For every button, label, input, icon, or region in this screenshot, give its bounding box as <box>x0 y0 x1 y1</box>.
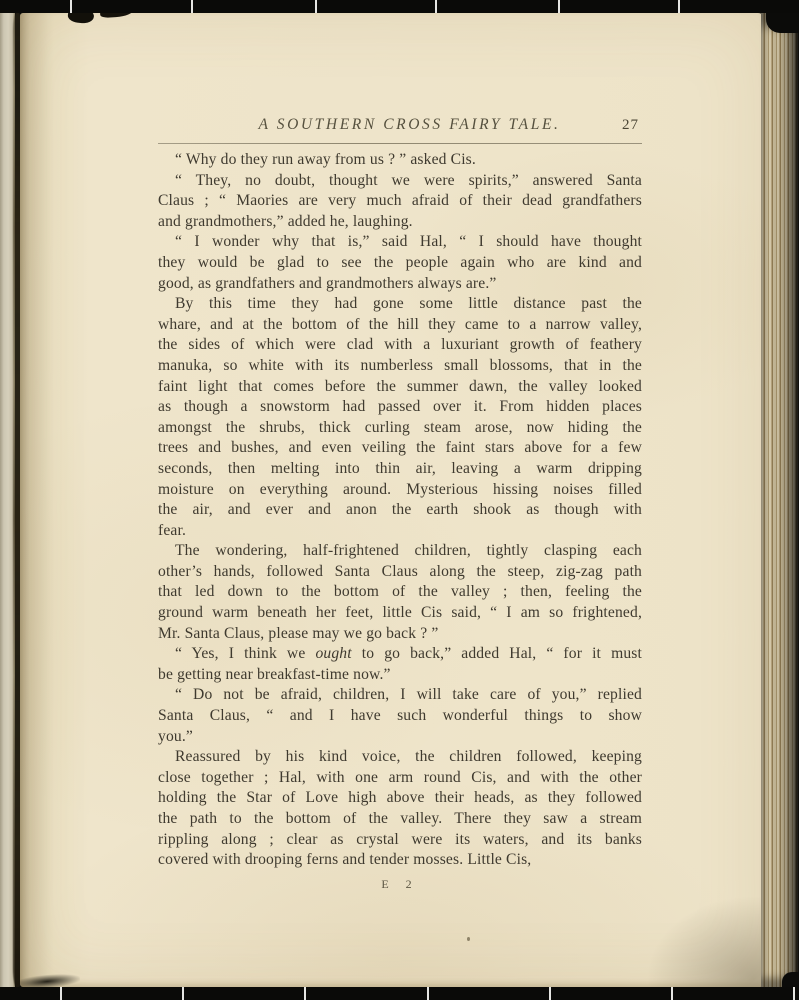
right-page-edges <box>761 13 799 988</box>
text-line: Mr. Santa Claus, please may we go back ?… <box>158 624 642 645</box>
ruler-tick <box>427 987 429 1000</box>
text-line: Santa Claus, “ and I have such wonderful… <box>158 706 642 727</box>
ruler-tick <box>182 987 184 1000</box>
signature-mark: E 2 <box>158 877 642 892</box>
ruler-tick <box>60 987 62 1000</box>
text-line: be getting near breakfast-time now.” <box>158 665 642 686</box>
corner-shadow <box>643 893 773 993</box>
body-text: “ Why do they run away from us ? ” asked… <box>158 150 642 871</box>
text-line: that led down to the bottom of the valle… <box>158 582 642 603</box>
ruler-tick <box>191 0 193 13</box>
text-line: “ Why do they run away from us ? ” asked… <box>158 150 642 171</box>
text-line: “ I wonder why that is,” said Hal, “ I s… <box>158 232 642 253</box>
ruler-tick <box>315 0 317 13</box>
ruler-tick <box>678 0 680 13</box>
ruler-tick <box>671 987 673 1000</box>
text-line: the air, and ever and anon the earth sho… <box>158 500 642 521</box>
running-title: A SOUTHERN CROSS FAIRY TALE. <box>258 116 560 134</box>
scanner-ruler-bottom <box>0 987 799 1000</box>
ruler-tick <box>558 0 560 13</box>
page-number: 27 <box>622 117 639 134</box>
top-right-corner-mask <box>766 12 799 33</box>
paper-speck <box>467 937 470 941</box>
text-line: the sides of which were clad with a luxu… <box>158 335 642 356</box>
scanned-book-page: A SOUTHERN CROSS FAIRY TALE. 27 “ Why do… <box>0 0 799 1000</box>
ruler-tick <box>70 0 72 13</box>
text-line: “ Do not be afraid, children, I will tak… <box>158 685 642 706</box>
text-line: By this time they had gone some little d… <box>158 294 642 315</box>
ruler-tick <box>304 987 306 1000</box>
ruler-tick <box>793 987 795 1000</box>
text-line: Claus ; “ Maories are very much afraid o… <box>158 191 642 212</box>
text-line: amongst the shrubs, thick curling steam … <box>158 418 642 439</box>
gutter-shadow <box>20 13 54 987</box>
text-line: trees and bushes, and even veiling the f… <box>158 438 642 459</box>
text-line: “ They, no doubt, thought we were spirit… <box>158 171 642 192</box>
book-page: A SOUTHERN CROSS FAIRY TALE. 27 “ Why do… <box>20 13 765 987</box>
text-line: covered with drooping ferns and tender m… <box>158 850 642 871</box>
ruler-tick <box>549 987 551 1000</box>
text-line: as though a snowstorm had passed over it… <box>158 397 642 418</box>
text-line: “ Yes, I think we ought to go back,” add… <box>158 644 642 665</box>
bottom-right-corner-mask <box>782 972 799 988</box>
text-line: the path to the bottom of the valley. Th… <box>158 809 642 830</box>
text-line: The wondering, half-frightened children,… <box>158 541 642 562</box>
text-line: close together ; Hal, with one arm round… <box>158 768 642 789</box>
text-line: Reassured by his kind voice, the childre… <box>158 747 642 768</box>
text-line: rippling along ; clear as crystal were i… <box>158 830 642 851</box>
ruler-tick <box>435 0 437 13</box>
text-line: faint light that comes before the summer… <box>158 377 642 398</box>
text-line: other’s hands, followed Santa Claus alon… <box>158 562 642 583</box>
text-line: ground warm beneath her feet, little Cis… <box>158 603 642 624</box>
text-line: seconds, then melting into thin air, lea… <box>158 459 642 480</box>
text-line: moisture on everything around. Mysteriou… <box>158 480 642 501</box>
text-line: manuka, so white with its numberless sma… <box>158 356 642 377</box>
text-line: fear. <box>158 521 642 542</box>
header-rule <box>158 143 642 144</box>
text-line: good, as grandfathers and grandmothers a… <box>158 274 642 295</box>
text-line: and grandmothers,” added he, laughing. <box>158 212 642 233</box>
text-line: holding the Star of Love high above thei… <box>158 788 642 809</box>
text-line: whare, and at the bottom of the hill the… <box>158 315 642 336</box>
text-line: you.” <box>158 727 642 748</box>
text-line: they would be glad to see the people aga… <box>158 253 642 274</box>
page-header: A SOUTHERN CROSS FAIRY TALE. 27 <box>158 116 641 134</box>
scanner-ruler-top <box>0 0 799 13</box>
